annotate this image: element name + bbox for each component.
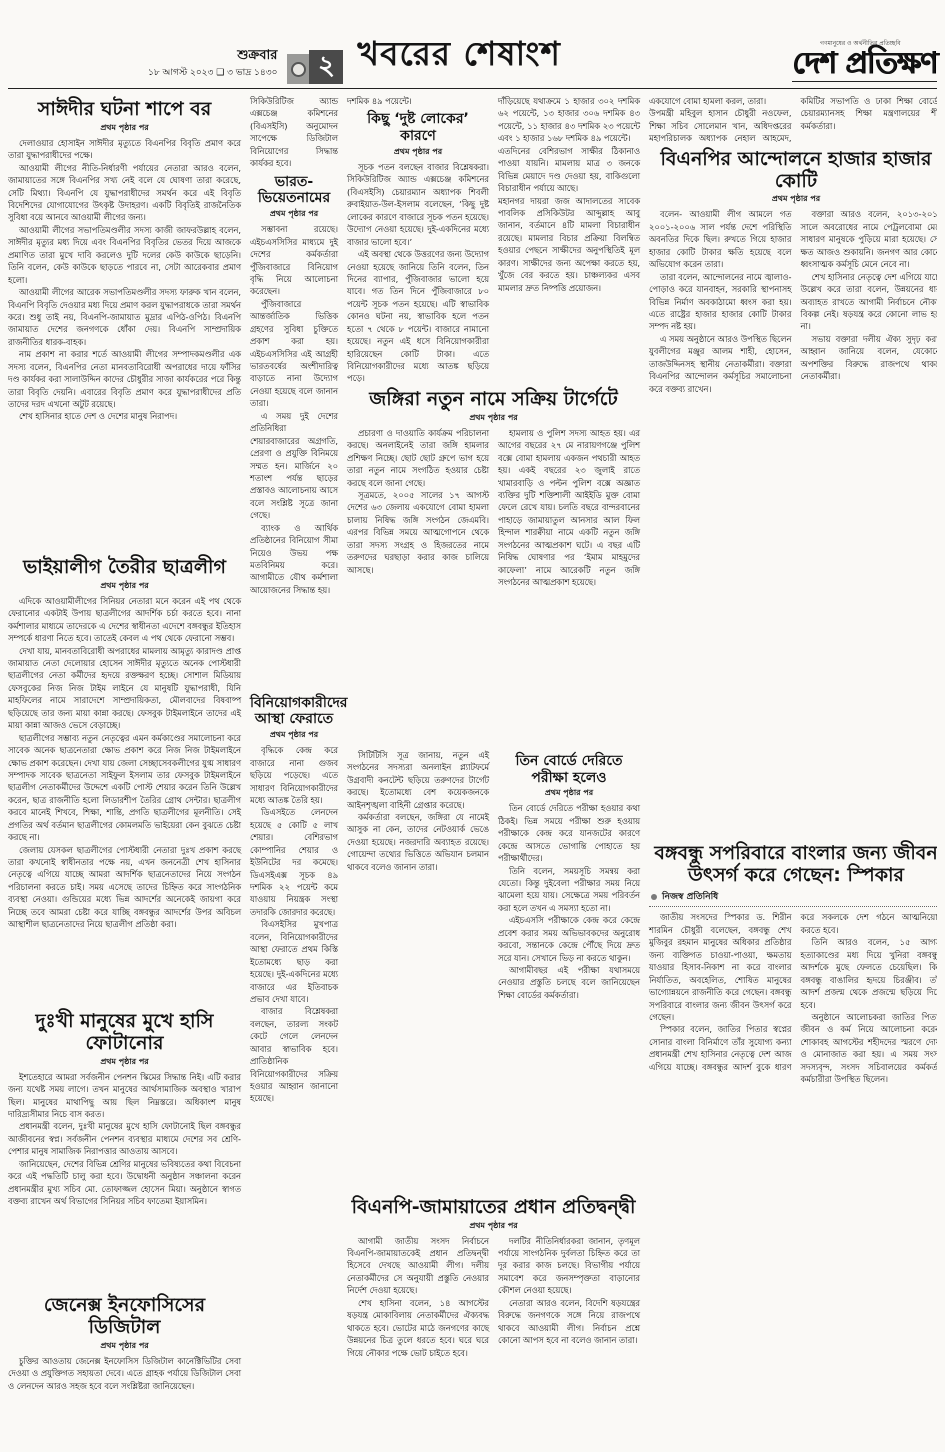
article-body: সূচক পতন বলছেন বাজার বিশ্লেষকরা। সিকিউরি… <box>347 161 489 385</box>
article-headline: তিন বোর্ডে দেরিতে পরীক্ষা হলেও <box>498 753 640 787</box>
article-tail-bsec: সিকিউরিটিজ অ্যান্ড এক্সচেঞ্জ কমিশনের (বি… <box>250 95 338 170</box>
continued-label: প্রথম পৃষ্ঠার পর <box>8 1056 241 1069</box>
column-a: সাঈদীর ঘটনা শাপে বর প্রথম পৃষ্ঠার পর দেল… <box>8 95 241 1421</box>
article-bnp-jamaat: বিএনপি-জামায়াতের প্রধান প্রতিদ্বন্দ্বী … <box>347 1197 640 1359</box>
bullet-icon <box>651 894 657 900</box>
article-headline: বঙ্গবন্ধু সপরিবারে বাংলার জন্য জীবন উৎসর… <box>649 843 937 887</box>
article-body: দেলাওয়ার হোসাইন সাঈদীর মৃত্যুতে বিএনপির… <box>8 137 241 423</box>
article-headline: বিনিয়োগকারীদের আস্থা ফেরাতে <box>250 695 338 729</box>
newspaper-logo: গণমানুষের ও অর্থনীতির প্রতিচ্ছবি দেশ প্র… <box>792 38 937 84</box>
article-headline: বিএনপি-জামায়াতের প্রধান প্রতিদ্বন্দ্বী <box>347 1197 640 1219</box>
article-headline: দুঃখী মানুষের মুখে হাসি ফোটানোর <box>8 1011 241 1055</box>
article-body: প্রচারণা ও দাওয়াতি কার্যক্রম পরিচালনা ক… <box>347 427 640 749</box>
byline-rule <box>649 906 937 907</box>
article-body: এদিকে আওয়ামীলীগের সিনিয়র নেতারা মনে কর… <box>8 595 241 931</box>
date-line: ১৮ আগস্ট ২০২৩ ❑ ৩ ভাদ্র ১৪৩০ <box>148 65 277 80</box>
article-headline: বিএনপির আন্দোলনে হাজার হাজার কোটি <box>649 149 937 193</box>
article-tail-dse: দাঁড়িয়েছে যথাক্রমে ১ হাজার ৩০২ দশমিক ৬… <box>498 95 640 385</box>
article-headline: ভাইয়ালীগ তৈরীর ছাত্রলীগ <box>8 557 241 579</box>
emblem-icon <box>287 54 309 84</box>
newspaper-page: শুক্রবার ১৮ আগস্ট ২০২৩ ❑ ৩ ভাদ্র ১৪৩০ ২ … <box>0 0 945 1452</box>
date-block: শুক্রবার ১৮ আগস্ট ২০২৩ ❑ ৩ ভাদ্র ১৪৩০ <box>148 49 277 84</box>
article-bhaiyaleague: ভাইয়ালীগ তৈরীর ছাত্রলীগ প্রথম পৃষ্ঠার প… <box>8 557 241 1005</box>
page-number-badge: ২ <box>309 50 343 84</box>
continued-label: প্রথম পৃষ্ঠার পর <box>347 1220 640 1233</box>
column-cd: দশমিক ৪৯ পয়েন্টে। কিছু ‘দুষ্ট লোকের’ কা… <box>347 95 640 1421</box>
logo-rule <box>792 81 937 82</box>
article-body: সম্ভাবনা রয়েছে। এইচএসসিসির মাধ্যমে দুই … <box>250 223 338 596</box>
article-headline: জেনেক্স ইনফোসিসের ডিজিটাল <box>8 1295 241 1339</box>
article-bangabandhu: বঙ্গবন্ধু সপরিবারে বাংলার জন্য জীবন উৎসর… <box>649 843 937 1086</box>
article-dushto: দশমিক ৪৯ পয়েন্টে। কিছু ‘দুষ্ট লোকের’ কা… <box>347 95 489 385</box>
continued-label: প্রথম পৃষ্ঠার পর <box>250 208 338 221</box>
continued-label: প্রথম পৃষ্ঠার পর <box>347 412 640 425</box>
article-headline: ভারত-ভিয়েতনামের <box>250 174 338 208</box>
article-saidi: সাঈদীর ঘটনা শাপে বর প্রথম পৃষ্ঠার পর দেল… <box>8 99 241 551</box>
logo-title: দেশ প্রতিক্ষণ <box>792 49 937 79</box>
continued-label: প্রথম পৃষ্ঠার পর <box>347 146 489 159</box>
byline-label: নিজস্ব প্রতিনিধি <box>662 889 718 904</box>
article-body: চুক্তির আওতায় জেনেক্স ইনফোসিস ডিজিটাল ক… <box>8 1355 241 1392</box>
continued-label: প্রথম পৃষ্ঠার পর <box>649 193 937 206</box>
page-content: সাঈদীর ঘটনা শাপে বর প্রথম পৃষ্ঠার পর দেল… <box>8 89 937 1421</box>
continued-label: প্রথম পৃষ্ঠার পর <box>8 580 241 593</box>
article-genex: জেনেক্স ইনফোসিসের ডিজিটাল প্রথম পৃষ্ঠার … <box>8 1295 241 1392</box>
article-binio: বিনিয়োগকারীদের আস্থা ফেরাতে প্রথম পৃষ্ঠ… <box>250 695 338 1105</box>
weekday-label: শুক্রবার <box>148 49 277 63</box>
article-jongi: জঙ্গিরা নতুন নামে সক্রিয় টার্গেটে প্রথম… <box>347 389 640 1191</box>
article-body: জাতীয় সংসদের স্পিকার ড. শিরীন শারমিন চৌ… <box>649 911 937 1085</box>
continued-label: প্রথম পৃষ্ঠার পর <box>498 787 640 800</box>
continued-label: প্রথম পৃষ্ঠার পর <box>8 122 241 135</box>
article-body: ইশতেহারে আমরা সর্বজনীন পেনশন স্কিমের সিদ… <box>8 1071 241 1208</box>
article-tail-ef: একযোগে বোমা হামলা করল, তারা। উপমন্ত্রী ম… <box>649 95 937 145</box>
article-headline: জঙ্গিরা নতুন নামে সক্রিয় টার্গেটে <box>347 389 640 411</box>
cd-mid-row: সিটিটিসি সূত্র জানায়, নতুন এই সংগঠনের স… <box>347 749 640 1191</box>
article-headline: সাঈদীর ঘটনা শাপে বর <box>8 99 241 121</box>
article-bharat-vietnam: ভারত-ভিয়েতনামের প্রথম পৃষ্ঠার পর সম্ভাব… <box>250 174 338 689</box>
masthead: শুক্রবার ১৮ আগস্ট ২০২৩ ❑ ৩ ভাদ্র ১৪৩০ ২ … <box>8 0 937 84</box>
article-tinboard: তিন বোর্ডে দেরিতে পরীক্ষা হলেও প্রথম পৃষ… <box>498 749 640 1191</box>
article-andolon: বিএনপির আন্দোলনে হাজার হাজার কোটি প্রথম … <box>649 149 937 837</box>
article-body: তিন বোর্ডে দেরিতে পরীক্ষা হওয়ার কথা ঠিক… <box>498 802 640 1001</box>
article-headline: কিছু ‘দুষ্ট লোকের’ কারণে <box>347 111 489 145</box>
continued-label: প্রথম পৃষ্ঠার পর <box>8 1340 241 1353</box>
article-body: আগামী জাতীয় সংসদ নির্বাচনে বিএনপি-জামায… <box>347 1235 640 1359</box>
article-jongi-continued: সিটিটিসি সূত্র জানায়, নতুন এই সংগঠনের স… <box>347 749 489 1191</box>
continued-label: প্রথম পৃষ্ঠার পর <box>250 729 338 742</box>
column-ef: একযোগে বোমা হামলা করল, তারা। উপমন্ত্রী ম… <box>649 95 937 1421</box>
article-body: বৃদ্ধিকে কেন্দ্র করে বাজারে নানা গুজব ছড… <box>250 744 338 1105</box>
column-b: সিকিউরিটিজ অ্যান্ড এক্সচেঞ্জ কমিশনের (বি… <box>250 95 338 1421</box>
section-title: খবরের শেষাংশ <box>357 28 561 84</box>
article-body: বলেন- আওয়ামী লীগ আমলে গত ২০০১-২০০৬ সাল … <box>649 208 937 395</box>
cd-top-row: দশমিক ৪৯ পয়েন্টে। কিছু ‘দুষ্ট লোকের’ কা… <box>347 95 640 385</box>
article-dukkhi: দুঃখী মানুষের মুখে হাসি ফোটানোর প্রথম পৃ… <box>8 1011 241 1289</box>
byline: নিজস্ব প্রতিনিধি <box>651 889 937 904</box>
